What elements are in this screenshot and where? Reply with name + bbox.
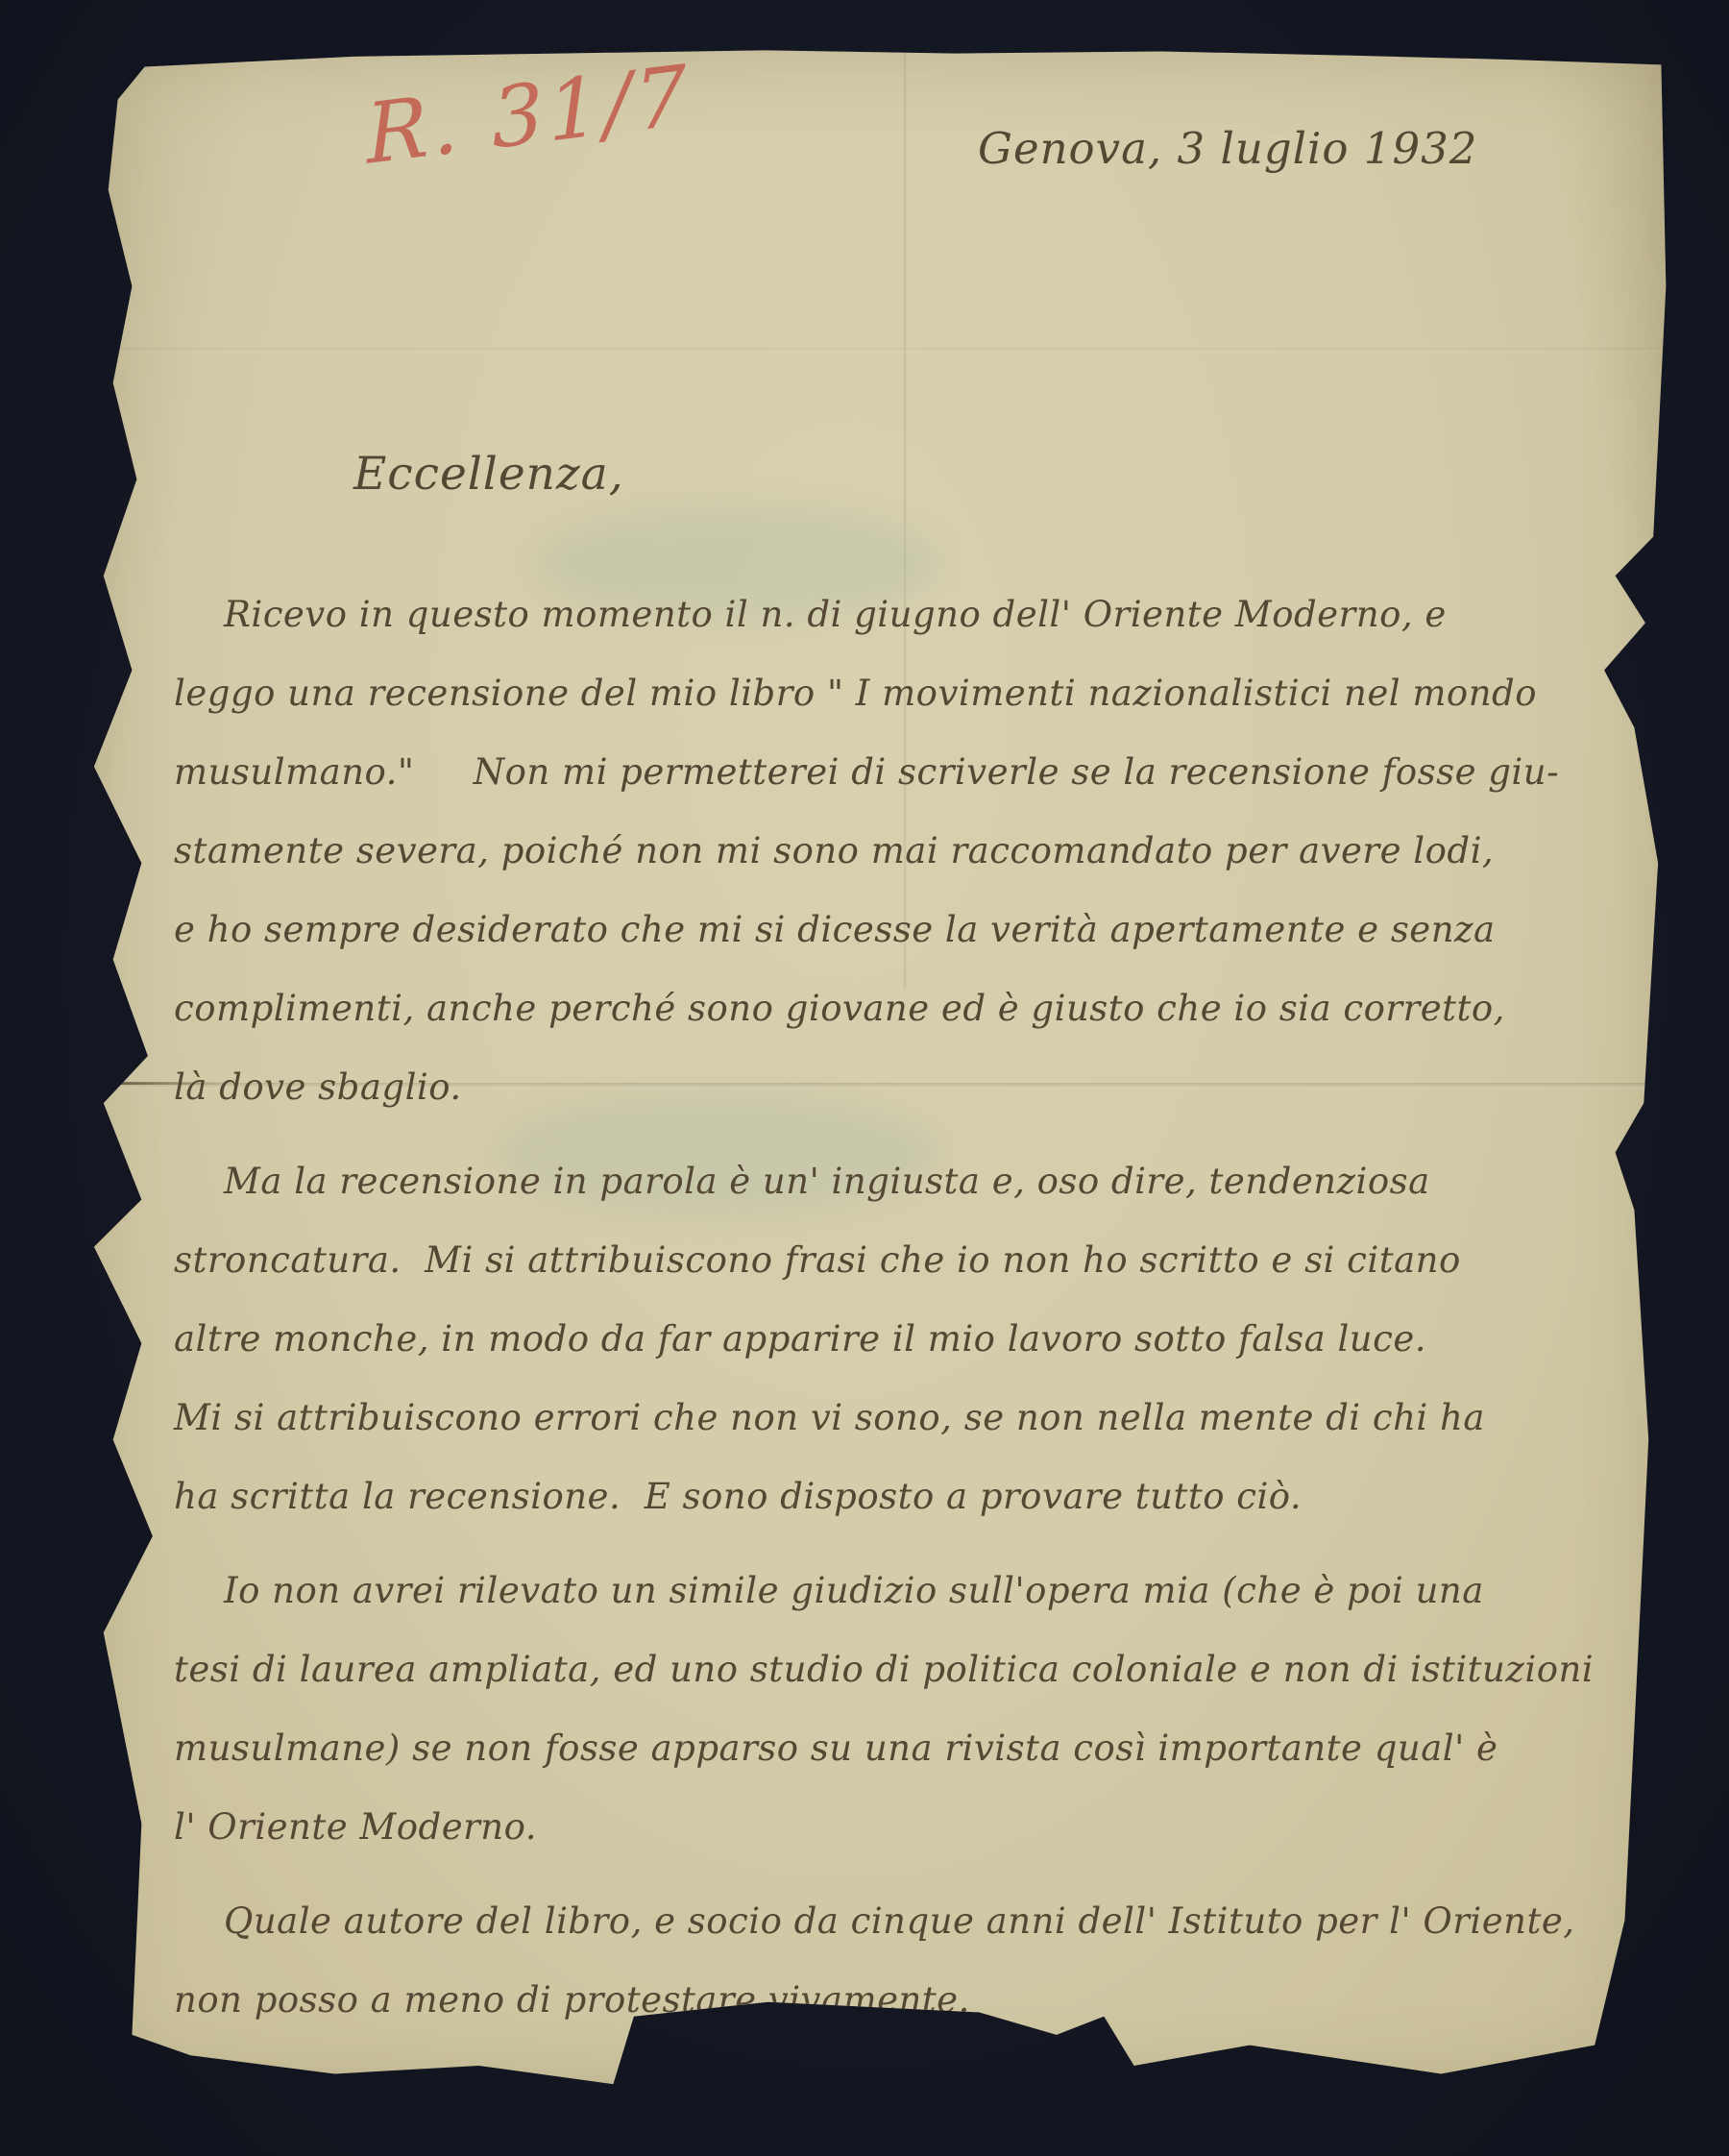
salutation: Eccellenza, [353,448,624,501]
letter-line: altre monche, in modo da far apparire il… [174,1318,1615,1397]
upper-crease-line [85,348,1668,352]
scan-background: { "page": { "background_color": "#141722… [0,0,1729,2156]
letter-line: là dove sbaglio. [174,1066,1615,1145]
letter-line: e ho sempre desiderato che mi si dicesse… [174,909,1615,988]
letter-line: stamente severa, poiché non mi sono mai … [174,830,1615,909]
letter-line: musulmano." Non mi permetterei di scrive… [174,751,1615,830]
letter-line: leggo una recensione del mio libro " I m… [174,673,1615,751]
letter-line: stroncatura. Mi si attribuiscono frasi c… [174,1239,1615,1318]
letter-paper: R. 31/7 Genova, 3 luglio 1932 Eccellenza… [85,44,1668,2096]
letter-line: Mi si attribuiscono errori che non vi so… [174,1397,1615,1476]
letter-line: musulmane) se non fosse apparso su una r… [174,1727,1615,1806]
letter-body: Ricevo in questo momento il n. di giugno… [174,578,1615,2058]
letter-line: ha scritta la recensione. E sono dispost… [174,1476,1615,1555]
letter-line: non posso a meno di protestare vivamente… [174,1979,1615,2058]
letter-line: l' Oriente Moderno. [174,1806,1615,1885]
dateline: Genova, 3 luglio 1932 [978,123,1477,174]
letter-line: tesi di laurea ampliata, ed uno studio d… [174,1649,1615,1727]
archive-reference-mark: R. 31/7 [364,47,694,184]
letter-line: complimenti, anche perché sono giovane e… [174,988,1615,1066]
letter-line: Quale autore del libro, e socio da cinqu… [174,1900,1615,1979]
letter-line: Ma la recensione in parola è un' ingiust… [174,1161,1615,1239]
letter-line: Ricevo in questo momento il n. di giugno… [174,594,1615,673]
letter-line: Io non avrei rilevato un simile giudizio… [174,1570,1615,1649]
